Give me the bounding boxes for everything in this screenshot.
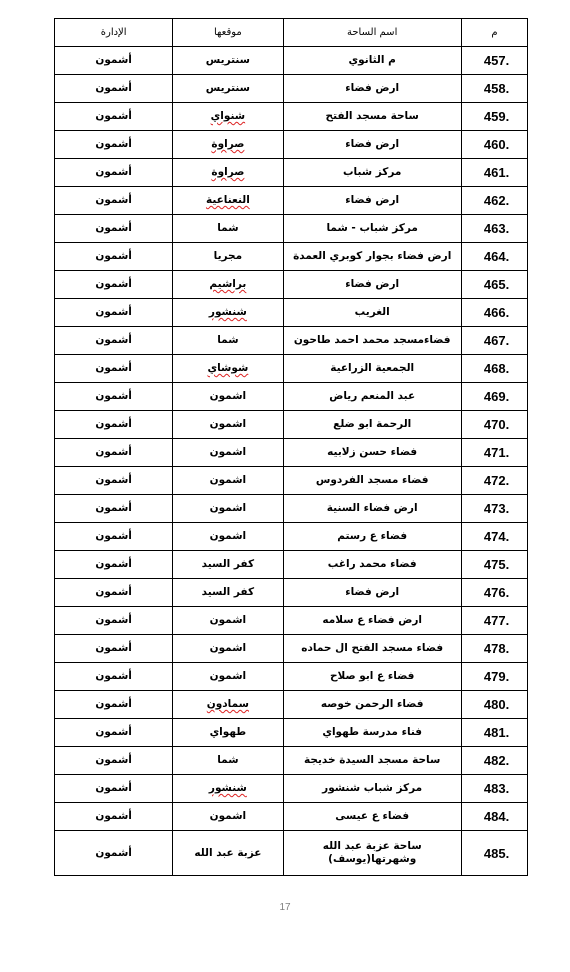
cell-name: فضاء محمد راغب: [283, 551, 461, 579]
table-row: 477.ارض فضاء ع سلامهاشمونأشمون: [55, 607, 528, 635]
cell-num-text: 483.: [484, 781, 509, 796]
table-row: 467.فضاءمسجد محمد احمد طاحونشماأشمون: [55, 327, 528, 355]
cell-num-text: 472.: [484, 473, 509, 488]
cell-num-text: 462.: [484, 193, 509, 208]
cell-location: صراوة: [173, 159, 283, 187]
cell-administration: أشمون: [55, 663, 173, 691]
cell-location-text: كفر السيد: [202, 586, 254, 598]
cell-location-text: مجريا: [214, 250, 243, 262]
cell-num: 461.: [461, 159, 527, 187]
cell-name: عبد المنعم رياض: [283, 383, 461, 411]
cell-name: فضاءمسجد محمد احمد طاحون: [283, 327, 461, 355]
cell-administration-text: أشمون: [95, 54, 132, 66]
cell-location: اشمون: [173, 663, 283, 691]
table-row: 478.فضاء مسجد الفتح ال حمادهاشمونأشمون: [55, 635, 528, 663]
cell-location: اشمون: [173, 439, 283, 467]
header-administration: الإدارة: [55, 19, 173, 47]
cell-location-text: اشمون: [210, 810, 247, 822]
cell-num-text: 473.: [484, 501, 509, 516]
cell-name-text: فضاء ع عيسى: [335, 810, 409, 822]
cell-name: م الثانوي: [283, 47, 461, 75]
table-row: 461.مركز شبابصراوةأشمون: [55, 159, 528, 187]
cell-name-text: م الثانوي: [349, 54, 396, 66]
cell-num-text: 467.: [484, 333, 509, 348]
cell-administration: أشمون: [55, 495, 173, 523]
cell-administration-text: أشمون: [95, 810, 132, 822]
cell-location: اشمون: [173, 411, 283, 439]
cell-num-text: 478.: [484, 641, 509, 656]
cell-name: مركز شباب: [283, 159, 461, 187]
cell-name: ارض فضاء بجوار كوبري العمدة: [283, 243, 461, 271]
cell-administration: أشمون: [55, 299, 173, 327]
cell-num-text: 461.: [484, 165, 509, 180]
cell-location-text: عزبة عبد الله: [194, 847, 261, 859]
cell-location: اشمون: [173, 383, 283, 411]
cell-num: 475.: [461, 551, 527, 579]
table-row: 469.عبد المنعم رياضاشمونأشمون: [55, 383, 528, 411]
table-row: 475.فضاء محمد راغبكفر السيدأشمون: [55, 551, 528, 579]
cell-administration-text: أشمون: [95, 698, 132, 710]
cell-num-text: 468.: [484, 361, 509, 376]
cell-num: 482.: [461, 747, 527, 775]
cell-administration-text: أشمون: [95, 754, 132, 766]
cell-location: اشمون: [173, 523, 283, 551]
cell-location-text: شوشاي: [207, 362, 248, 374]
cell-location: شنواي: [173, 103, 283, 131]
cell-num: 464.: [461, 243, 527, 271]
cell-num-text: 463.: [484, 221, 509, 236]
cell-administration: أشمون: [55, 103, 173, 131]
cell-administration: أشمون: [55, 579, 173, 607]
header-num: م: [461, 19, 527, 47]
cell-num: 458.: [461, 75, 527, 103]
cell-location: سنتريس: [173, 75, 283, 103]
cell-location-text: اشمون: [210, 642, 247, 654]
cell-location: شما: [173, 747, 283, 775]
cell-num: 484.: [461, 803, 527, 831]
cell-administration: أشمون: [55, 747, 173, 775]
cell-name: فضاء حسن زلابيه: [283, 439, 461, 467]
cell-name: مركز شباب - شما: [283, 215, 461, 243]
cell-num: 479.: [461, 663, 527, 691]
cell-location: براشيم: [173, 271, 283, 299]
cell-administration: أشمون: [55, 467, 173, 495]
cell-location-text: سمادون: [207, 698, 249, 710]
cell-location: سنتريس: [173, 47, 283, 75]
cell-num-text: 482.: [484, 753, 509, 768]
cell-location-text: براشيم: [209, 278, 246, 290]
cell-administration-text: أشمون: [95, 474, 132, 486]
cell-location: اشمون: [173, 467, 283, 495]
cell-num: 474.: [461, 523, 527, 551]
cell-administration-text: أشمون: [95, 110, 132, 122]
cell-location: عزبة عبد الله: [173, 831, 283, 876]
cell-name-text: فضاء الرحمن خوصه: [321, 698, 424, 710]
cell-administration: أشمون: [55, 439, 173, 467]
cell-name: ارض فضاء: [283, 579, 461, 607]
cell-location: شنشور: [173, 775, 283, 803]
cell-num: 481.: [461, 719, 527, 747]
squares-table: م اسم الساحة موقعها الإدارة 457.م الثانو…: [54, 18, 528, 876]
cell-name: ارض فضاء: [283, 271, 461, 299]
cell-administration-text: أشمون: [95, 530, 132, 542]
cell-administration-text: أشمون: [95, 670, 132, 682]
cell-location: كفر السيد: [173, 551, 283, 579]
cell-location-text: اشمون: [210, 474, 247, 486]
cell-location-text: شنواي: [211, 110, 245, 122]
cell-num: 466.: [461, 299, 527, 327]
cell-location: النعناعية: [173, 187, 283, 215]
cell-location: اشمون: [173, 607, 283, 635]
cell-num-text: 475.: [484, 557, 509, 572]
cell-administration: أشمون: [55, 75, 173, 103]
cell-administration-text: أشمون: [95, 847, 132, 859]
cell-name-text: ساحة مسجد السيدة خديجة: [304, 754, 440, 766]
document-page: م اسم الساحة موقعها الإدارة 457.م الثانو…: [0, 0, 570, 972]
cell-location: اشمون: [173, 635, 283, 663]
cell-name-text: فضاء مسجد الفردوس: [316, 474, 429, 486]
cell-name: ارض فضاء ع سلامه: [283, 607, 461, 635]
cell-name: فناء مدرسة طهواي: [283, 719, 461, 747]
table-row: 463.مركز شباب - شماشماأشمون: [55, 215, 528, 243]
cell-num-text: 466.: [484, 305, 509, 320]
cell-num: 469.: [461, 383, 527, 411]
cell-num: 477.: [461, 607, 527, 635]
cell-location-text: صراوة: [211, 166, 244, 178]
cell-name-text: فناء مدرسة طهواي: [322, 726, 422, 738]
cell-name: فضاء مسجد الفتح ال حماده: [283, 635, 461, 663]
cell-name: ارض فضاء: [283, 131, 461, 159]
cell-administration: أشمون: [55, 383, 173, 411]
cell-administration: أشمون: [55, 411, 173, 439]
cell-administration-text: أشمون: [95, 782, 132, 794]
table-row: 483.مركز شباب شنشورشنشورأشمون: [55, 775, 528, 803]
cell-administration-text: أشمون: [95, 586, 132, 598]
table-row: 459.ساحة مسجد الفتحشنوايأشمون: [55, 103, 528, 131]
cell-location: طهواي: [173, 719, 283, 747]
cell-name: فضاء مسجد الفردوس: [283, 467, 461, 495]
cell-administration: أشمون: [55, 831, 173, 876]
cell-location-text: كفر السيد: [202, 558, 254, 570]
cell-location-text: اشمون: [210, 446, 247, 458]
cell-administration-text: أشمون: [95, 138, 132, 150]
table-row: 474.فضاء ع رستماشمونأشمون: [55, 523, 528, 551]
cell-name-text: الجمعية الزراعية: [330, 362, 414, 374]
cell-administration: أشمون: [55, 551, 173, 579]
cell-name: ارض فضاء السنية: [283, 495, 461, 523]
cell-name-text: مركز شباب - شما: [326, 222, 417, 234]
cell-name-text: ساحة عزبة عبد الله وشهرتها(يوسف): [323, 840, 422, 865]
cell-name-text: فضاء ع رستم: [337, 530, 407, 542]
table-row: 470.الرحمة ابو ضلعاشمونأشمون: [55, 411, 528, 439]
cell-administration-text: أشمون: [95, 362, 132, 374]
cell-name-text: فضاء ع ابو صلاح: [330, 670, 414, 682]
cell-num-text: 469.: [484, 389, 509, 404]
cell-num: 467.: [461, 327, 527, 355]
cell-administration: أشمون: [55, 355, 173, 383]
cell-administration-text: أشمون: [95, 250, 132, 262]
cell-name: مركز شباب شنشور: [283, 775, 461, 803]
cell-name-text: فضاء حسن زلابيه: [327, 446, 417, 458]
cell-num-text: 458.: [484, 81, 509, 96]
cell-administration-text: أشمون: [95, 558, 132, 570]
cell-num: 471.: [461, 439, 527, 467]
cell-administration-text: أشمون: [95, 390, 132, 402]
cell-location-text: شما: [217, 334, 238, 346]
cell-num-text: 481.: [484, 725, 509, 740]
cell-num-text: 457.: [484, 53, 509, 68]
cell-location-text: شنشور: [209, 306, 247, 318]
cell-num: 468.: [461, 355, 527, 383]
cell-administration-text: أشمون: [95, 726, 132, 738]
cell-location-text: صراوة: [211, 138, 244, 150]
cell-name-text: ارض فضاء السنية: [327, 502, 418, 514]
cell-name-text: ارض فضاء: [345, 194, 399, 206]
cell-location-text: شنشور: [209, 782, 247, 794]
cell-location: شما: [173, 215, 283, 243]
cell-num: 485.: [461, 831, 527, 876]
cell-administration-text: أشمون: [95, 222, 132, 234]
cell-location: شنشور: [173, 299, 283, 327]
cell-name: فضاء الرحمن خوصه: [283, 691, 461, 719]
table-row: 462.ارض فضاءالنعناعيةأشمون: [55, 187, 528, 215]
cell-administration: أشمون: [55, 775, 173, 803]
cell-num: 462.: [461, 187, 527, 215]
cell-administration: أشمون: [55, 215, 173, 243]
cell-location: صراوة: [173, 131, 283, 159]
table-row: 481.فناء مدرسة طهوايطهوايأشمون: [55, 719, 528, 747]
cell-name: الجمعية الزراعية: [283, 355, 461, 383]
cell-name-text: ارض فضاء: [345, 586, 399, 598]
table-row: 473.ارض فضاء السنيةاشمونأشمون: [55, 495, 528, 523]
cell-name: ارض فضاء: [283, 75, 461, 103]
cell-num-text: 479.: [484, 669, 509, 684]
table-row: 458.ارض فضاءسنتريسأشمون: [55, 75, 528, 103]
cell-num: 460.: [461, 131, 527, 159]
table-row: 460.ارض فضاءصراوةأشمون: [55, 131, 528, 159]
cell-num-text: 460.: [484, 137, 509, 152]
cell-name-text: ارض فضاء ع سلامه: [322, 614, 422, 626]
cell-administration: أشمون: [55, 719, 173, 747]
cell-location: اشمون: [173, 495, 283, 523]
cell-name-text: ارض فضاء بجوار كوبري العمدة: [293, 250, 451, 262]
cell-location-text: شما: [217, 754, 238, 766]
cell-location: شما: [173, 327, 283, 355]
cell-name: ساحة مسجد الفتح: [283, 103, 461, 131]
cell-name: ساحة مسجد السيدة خديجة: [283, 747, 461, 775]
cell-name: الغريب: [283, 299, 461, 327]
cell-name-text: ارض فضاء: [345, 138, 399, 150]
page-number: 17: [0, 902, 570, 913]
cell-num: 459.: [461, 103, 527, 131]
cell-administration: أشمون: [55, 803, 173, 831]
cell-administration-text: أشمون: [95, 306, 132, 318]
cell-num-text: 477.: [484, 613, 509, 628]
cell-name-text: عبد المنعم رياض: [329, 390, 415, 402]
cell-num: 483.: [461, 775, 527, 803]
cell-num-text: 474.: [484, 529, 509, 544]
cell-administration-text: أشمون: [95, 446, 132, 458]
table-row: 476.ارض فضاءكفر السيدأشمون: [55, 579, 528, 607]
cell-num-text: 464.: [484, 249, 509, 264]
cell-location-text: طهواي: [210, 726, 247, 738]
cell-num: 472.: [461, 467, 527, 495]
cell-num-text: 480.: [484, 697, 509, 712]
cell-name-text: الغريب: [355, 306, 390, 318]
cell-administration-text: أشمون: [95, 614, 132, 626]
cell-location-text: سنتريس: [206, 82, 250, 94]
cell-name: الرحمة ابو ضلع: [283, 411, 461, 439]
cell-num: 473.: [461, 495, 527, 523]
cell-location: اشمون: [173, 803, 283, 831]
cell-name: فضاء ع عيسى: [283, 803, 461, 831]
cell-location-text: سنتريس: [206, 54, 250, 66]
cell-location-text: اشمون: [210, 418, 247, 430]
cell-name-text: فضاء مسجد الفتح ال حماده: [301, 642, 443, 654]
header-location: موقعها: [173, 19, 283, 47]
cell-administration: أشمون: [55, 187, 173, 215]
cell-administration-text: أشمون: [95, 82, 132, 94]
cell-administration: أشمون: [55, 691, 173, 719]
table-row: 457.م الثانويسنتريسأشمون: [55, 47, 528, 75]
table-row: 479.فضاء ع ابو صلاحاشمونأشمون: [55, 663, 528, 691]
cell-num-text: 484.: [484, 809, 509, 824]
table-row: 468.الجمعية الزراعيةشوشايأشمون: [55, 355, 528, 383]
table-row: 466.الغريبشنشورأشمون: [55, 299, 528, 327]
cell-num-text: 476.: [484, 585, 509, 600]
cell-name-text: ارض فضاء: [345, 278, 399, 290]
cell-administration-text: أشمون: [95, 334, 132, 346]
table-row: 471.فضاء حسن زلابيهاشمونأشمون: [55, 439, 528, 467]
table-row: 484.فضاء ع عيسىاشمونأشمون: [55, 803, 528, 831]
cell-location-text: اشمون: [210, 530, 247, 542]
cell-name-text: مركز شباب شنشور: [322, 782, 422, 794]
cell-name: ارض فضاء: [283, 187, 461, 215]
table-row: 465.ارض فضاءبراشيمأشمون: [55, 271, 528, 299]
table-row: 472.فضاء مسجد الفردوساشمونأشمون: [55, 467, 528, 495]
cell-num-text: 485.: [484, 846, 509, 861]
cell-administration-text: أشمون: [95, 642, 132, 654]
cell-administration-text: أشمون: [95, 278, 132, 290]
cell-num: 465.: [461, 271, 527, 299]
cell-name-text: ساحة مسجد الفتح: [326, 110, 419, 122]
cell-name: ساحة عزبة عبد الله وشهرتها(يوسف): [283, 831, 461, 876]
table-row: 464.ارض فضاء بجوار كوبري العمدةمجرياأشمو…: [55, 243, 528, 271]
cell-num: 463.: [461, 215, 527, 243]
table-body: 457.م الثانويسنتريسأشمون458.ارض فضاءسنتر…: [55, 47, 528, 876]
cell-location-text: النعناعية: [206, 194, 250, 206]
table-row: 482.ساحة مسجد السيدة خديجةشماأشمون: [55, 747, 528, 775]
cell-location-text: اشمون: [210, 614, 247, 626]
cell-name-text: الرحمة ابو ضلع: [333, 418, 411, 430]
cell-num: 476.: [461, 579, 527, 607]
cell-num-text: 465.: [484, 277, 509, 292]
cell-administration: أشمون: [55, 131, 173, 159]
cell-administration: أشمون: [55, 523, 173, 551]
cell-administration: أشمون: [55, 327, 173, 355]
cell-num: 457.: [461, 47, 527, 75]
cell-administration-text: أشمون: [95, 502, 132, 514]
cell-location: كفر السيد: [173, 579, 283, 607]
cell-administration: أشمون: [55, 271, 173, 299]
cell-administration: أشمون: [55, 47, 173, 75]
cell-location: شوشاي: [173, 355, 283, 383]
cell-administration: أشمون: [55, 635, 173, 663]
cell-num-text: 471.: [484, 445, 509, 460]
cell-num: 480.: [461, 691, 527, 719]
cell-name: فضاء ع رستم: [283, 523, 461, 551]
cell-location-text: اشمون: [210, 502, 247, 514]
table-row: 485.ساحة عزبة عبد الله وشهرتها(يوسف)عزبة…: [55, 831, 528, 876]
cell-location: مجريا: [173, 243, 283, 271]
cell-name: فضاء ع ابو صلاح: [283, 663, 461, 691]
cell-location-text: شما: [217, 222, 238, 234]
cell-num-text: 459.: [484, 109, 509, 124]
table-row: 480.فضاء الرحمن خوصهسمادونأشمون: [55, 691, 528, 719]
cell-administration: أشمون: [55, 243, 173, 271]
cell-location-text: اشمون: [210, 390, 247, 402]
cell-location: سمادون: [173, 691, 283, 719]
table-header-row: م اسم الساحة موقعها الإدارة: [55, 19, 528, 47]
cell-name-text: فضاء محمد راغب: [328, 558, 417, 570]
cell-administration: أشمون: [55, 159, 173, 187]
cell-num-text: 470.: [484, 417, 509, 432]
cell-num: 478.: [461, 635, 527, 663]
header-name: اسم الساحة: [283, 19, 461, 47]
cell-name-text: فضاءمسجد محمد احمد طاحون: [294, 334, 451, 346]
cell-administration-text: أشمون: [95, 166, 132, 178]
cell-administration-text: أشمون: [95, 418, 132, 430]
cell-location-text: اشمون: [210, 670, 247, 682]
cell-administration: أشمون: [55, 607, 173, 635]
cell-name-text: مركز شباب: [343, 166, 401, 178]
cell-name-text: ارض فضاء: [345, 82, 399, 94]
cell-num: 470.: [461, 411, 527, 439]
cell-administration-text: أشمون: [95, 194, 132, 206]
